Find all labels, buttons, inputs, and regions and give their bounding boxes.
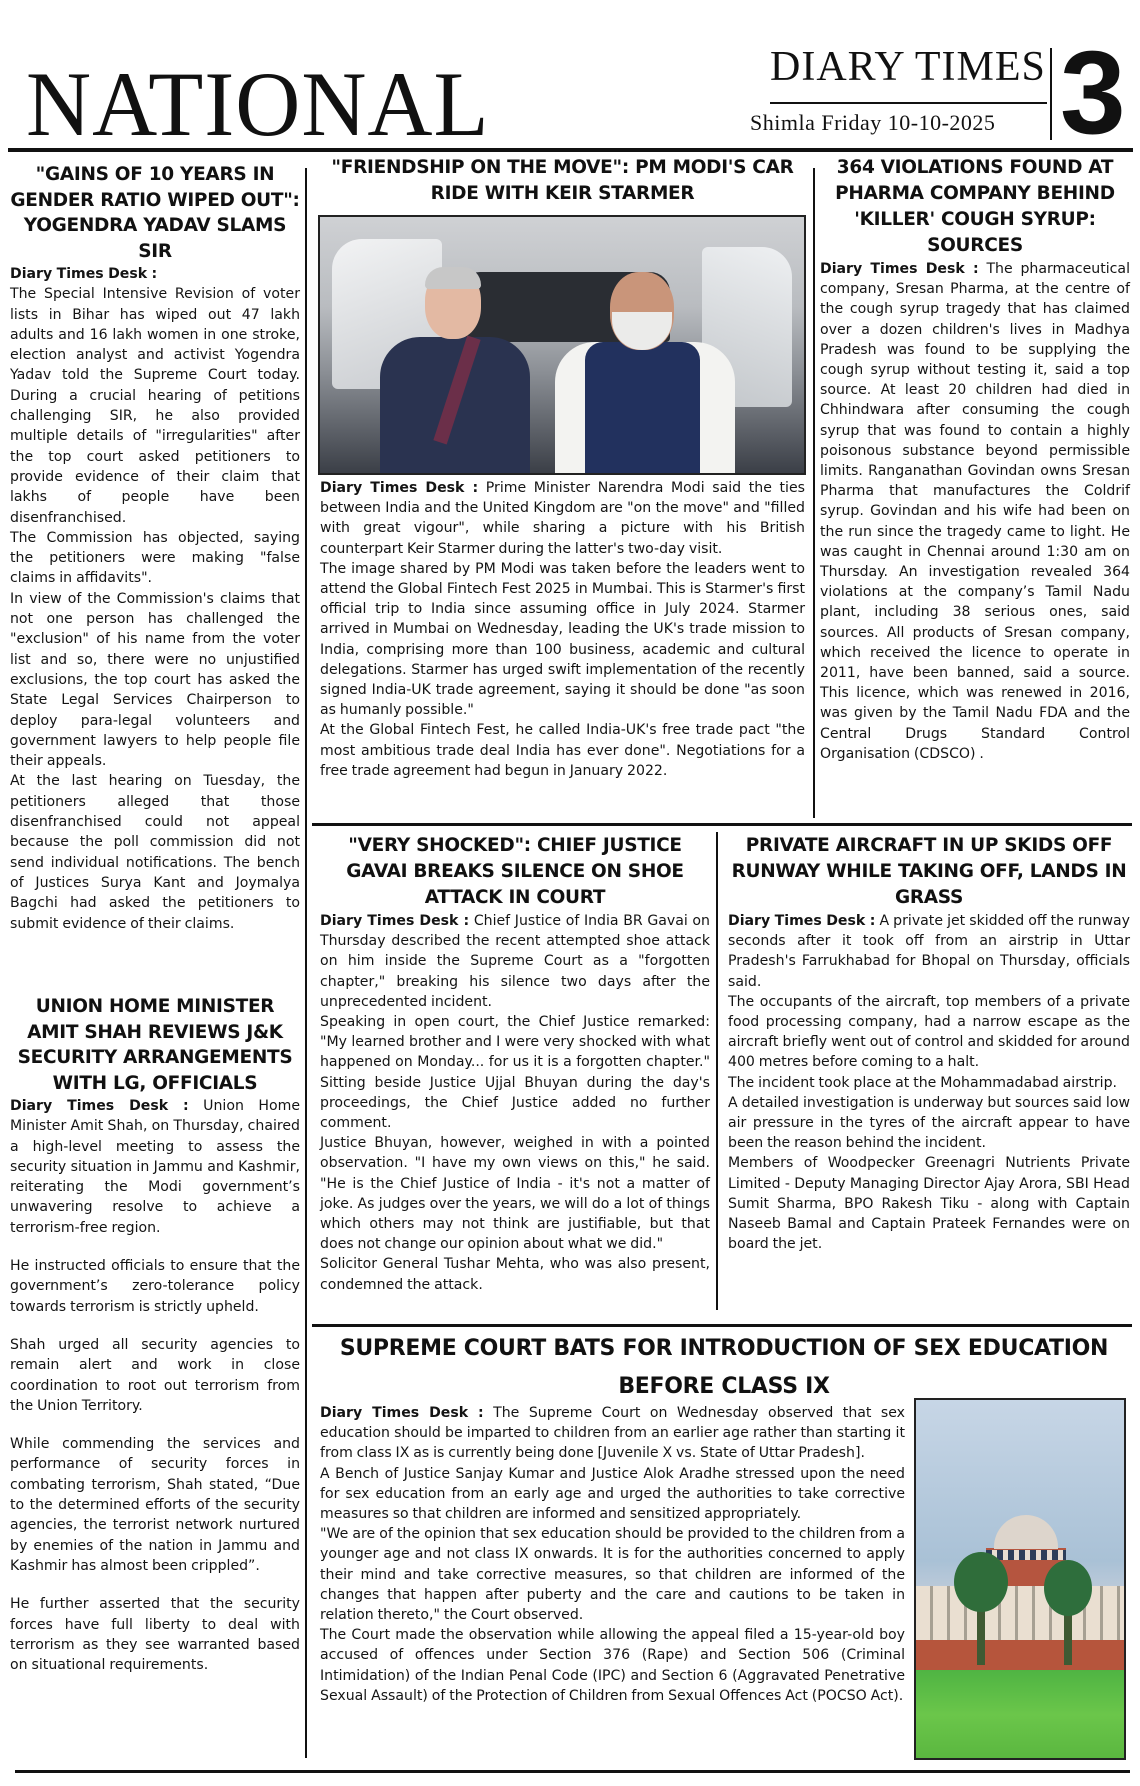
paragraph: Justice Bhuyan, however, weighed in with…: [320, 1133, 710, 1254]
article-headline: "FRIENDSHIP ON THE MOVE": PM MODI'S CAR …: [320, 155, 805, 207]
masthead-rule: [8, 148, 1133, 152]
paragraph: In view of the Commission's claims that …: [10, 589, 300, 772]
article-body: Diary Times Desk : Chief Justice of Indi…: [320, 911, 710, 1295]
newspaper-name: DIARY TIMES: [770, 46, 1046, 88]
paragraph: A Bench of Justice Sanjay Kumar and Just…: [320, 1464, 905, 1525]
article-headline: 364 VIOLATIONS FOUND AT PHARMA COMPANY B…: [820, 155, 1130, 259]
masthead-divider: [770, 102, 1047, 104]
supreme-court-photo: [914, 1398, 1126, 1760]
article-starmer: "FRIENDSHIP ON THE MOVE": PM MODI'S CAR …: [320, 155, 805, 207]
paragraph: A detailed investigation is underway but…: [728, 1093, 1130, 1154]
paragraph: The incident took place at the Mohammada…: [728, 1073, 1130, 1093]
column-divider-right: [813, 168, 815, 818]
paragraph: Speaking in open court, the Chief Justic…: [320, 1012, 710, 1133]
desk-byline: Diary Times Desk :: [10, 1098, 189, 1114]
article-aircraft: PRIVATE AIRCRAFT IN UP SKIDS OFF RUNWAY …: [728, 833, 1130, 1254]
desk-byline: Diary Times Desk :: [320, 1405, 484, 1421]
paragraph: The Commission has objected, saying the …: [10, 528, 300, 589]
article-headline: PRIVATE AIRCRAFT IN UP SKIDS OFF RUNWAY …: [728, 833, 1130, 911]
paragraph: At the Global Fintech Fest, he called In…: [320, 720, 805, 781]
article-gavai: "VERY SHOCKED": CHIEF JUSTICE GAVAI BREA…: [320, 833, 710, 1295]
section-rule-lower: [312, 1324, 1132, 1327]
paragraph: Shah urged all security agencies to rema…: [10, 1335, 300, 1416]
paragraph: The Court made the observation while all…: [320, 1625, 905, 1706]
desk-byline: Diary Times Desk :: [320, 913, 469, 929]
lead-paragraph: Union Home Minister Amit Shah, on Thursd…: [10, 1098, 300, 1236]
page-bottom-rule: [15, 1770, 1130, 1773]
desk-byline: Diary Times Desk :: [10, 264, 300, 284]
dateline: Shimla Friday 10-10-2025: [750, 110, 995, 136]
paragraph: While commending the services and perfor…: [10, 1434, 300, 1576]
page-number: 3: [1060, 34, 1126, 152]
article-headline: "GAINS OF 10 YEARS IN GENDER RATIO WIPED…: [10, 162, 300, 264]
desk-byline: Diary Times Desk :: [728, 913, 875, 929]
article-body: Diary Times Desk : A private jet skidded…: [728, 911, 1130, 1254]
article-body: Diary Times Desk : Union Home Minister A…: [10, 1096, 300, 1675]
column-divider-left: [305, 168, 307, 1758]
lead-paragraph: The pharmaceutical company, Sresan Pharm…: [820, 261, 1130, 762]
paragraph: Solicitor General Tushar Mehta, who was …: [320, 1254, 710, 1294]
article-body: Diary Times Desk : The pharmaceutical co…: [820, 259, 1130, 764]
article-shah: UNION HOME MINISTER AMIT SHAH REVIEWS J&…: [10, 994, 300, 1675]
masthead-vertical-divider: [1050, 48, 1052, 140]
modi-starmer-photo: [318, 215, 806, 475]
article-yadav: "GAINS OF 10 YEARS IN GENDER RATIO WIPED…: [10, 162, 300, 934]
section-title: NATIONAL: [26, 58, 490, 150]
article-body: Diary Times Desk : The Special Intensive…: [10, 264, 300, 934]
paragraph: "We are of the opinion that sex educatio…: [320, 1524, 905, 1625]
paragraph: Members of Woodpecker Greenagri Nutrient…: [728, 1153, 1130, 1254]
paragraph: The image shared by PM Modi was taken be…: [320, 559, 805, 721]
section-rule-middle: [312, 823, 1132, 826]
article-body: Diary Times Desk : The Supreme Court on …: [320, 1403, 905, 1706]
article-headline: "VERY SHOCKED": CHIEF JUSTICE GAVAI BREA…: [320, 833, 710, 911]
paragraph: The occupants of the aircraft, top membe…: [728, 992, 1130, 1073]
article-body: Diary Times Desk : Prime Minister Narend…: [320, 478, 805, 781]
paragraph: The Special Intensive Revision of voter …: [10, 284, 300, 528]
paragraph: He further asserted that the security fo…: [10, 1594, 300, 1675]
article-headline: UNION HOME MINISTER AMIT SHAH REVIEWS J&…: [10, 994, 300, 1096]
article-cough-syrup: 364 VIOLATIONS FOUND AT PHARMA COMPANY B…: [820, 155, 1130, 764]
paragraph: He instructed officials to ensure that t…: [10, 1256, 300, 1317]
desk-byline: Diary Times Desk :: [820, 261, 979, 277]
desk-byline: Diary Times Desk :: [320, 480, 478, 496]
article-sex-education: SUPREME COURT BATS FOR INTRODUCTION OF S…: [318, 1330, 1130, 1406]
paragraph: At the last hearing on Tuesday, the peti…: [10, 771, 300, 933]
article-headline: SUPREME COURT BATS FOR INTRODUCTION OF S…: [318, 1330, 1130, 1406]
column-divider-middle: [716, 832, 718, 1310]
